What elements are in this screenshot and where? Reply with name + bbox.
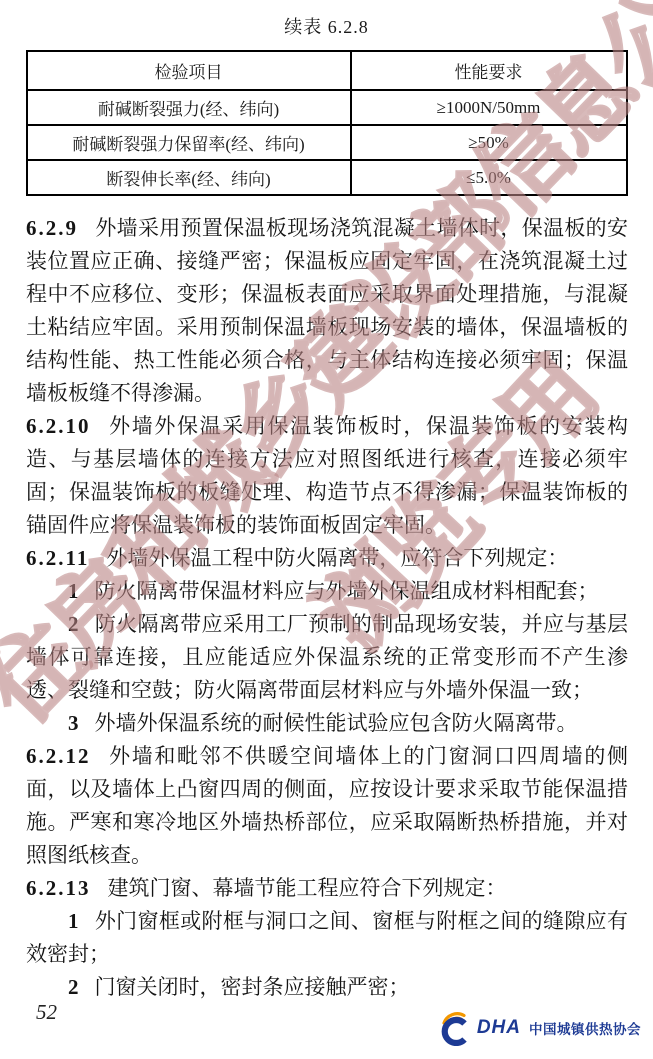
item-text: 门窗关闭时，密封条应接触严密；	[95, 975, 410, 999]
clause-6-2-13-item-2: 2门窗关闭时，密封条应接触严密；	[26, 971, 628, 1004]
table-header-row: 检验项目 性能要求	[27, 51, 627, 90]
item-text: 防火隔离带应采用工厂预制的制品现场安装，并应与基层墙体可靠连接，且应能适应外保温…	[26, 612, 628, 702]
clause-text: 外墙采用预置保温板现场浇筑混凝土墙体时，保温板的安装位置应正确、接缝严密；保温板…	[26, 216, 628, 405]
clause-number: 6.2.9	[26, 216, 78, 240]
clause-6-2-11-item-2: 2防火隔离带应采用工厂预制的制品现场安装，并应与基层墙体可靠连接，且应能适应外保…	[26, 608, 628, 707]
clause-body: 6.2.9外墙采用预置保温板现场浇筑混凝土墙体时，保温板的安装位置应正确、接缝严…	[26, 212, 628, 1004]
cell-item: 断裂伸长率(经、纬向)	[27, 160, 351, 195]
clause-6-2-12: 6.2.12外墙和毗邻不供暖空间墙体上的门窗洞口四周墙的侧面，以及墙体上凸窗四周…	[26, 740, 628, 872]
item-text: 防火隔离带保温材料应与外墙外保温组成材料相配套；	[95, 579, 599, 603]
clause-6-2-13-item-1: 1外门窗框或附框与洞口之间、窗框与附框之间的缝隙应有效密封；	[26, 905, 628, 971]
item-number: 1	[68, 909, 79, 933]
cell-req: ≤5.0%	[351, 160, 627, 195]
item-text: 外门窗框或附框与洞口之间、窗框与附框之间的缝隙应有效密封；	[26, 909, 628, 966]
item-number: 1	[68, 579, 79, 603]
cell-item: 耐碱断裂强力保留率(经、纬向)	[27, 125, 351, 160]
cell-item: 耐碱断裂强力(经、纬向)	[27, 90, 351, 125]
item-number: 3	[68, 711, 79, 735]
cdha-logo-icon	[436, 1010, 472, 1046]
item-text: 外墙外保温系统的耐候性能试验应包含防火隔离带。	[95, 711, 578, 735]
clause-text: 外墙外保温工程中防火隔离带，应符合下列规定：	[106, 546, 568, 570]
header-performance-req: 性能要求	[351, 51, 627, 90]
clause-6-2-11-item-1: 1防火隔离带保温材料应与外墙外保温组成材料相配套；	[26, 575, 628, 608]
logo-org-name: 中国城镇供热协会	[529, 1018, 641, 1038]
table-title: 续表 6.2.8	[0, 15, 653, 39]
header-inspection-item: 检验项目	[27, 51, 351, 90]
page-number: 52	[36, 1000, 57, 1025]
clause-text: 外墙外保温采用保温装饰板时，保温装饰板的安装构造、与基层墙体的连接方法应对照图纸…	[26, 414, 628, 537]
table-row: 耐碱断裂强力(经、纬向) ≥1000N/50mm	[27, 90, 627, 125]
performance-table: 检验项目 性能要求 耐碱断裂强力(经、纬向) ≥1000N/50mm 耐碱断裂强…	[26, 50, 628, 196]
document-page: 续表 6.2.8 检验项目 性能要求 耐碱断裂强力(经、纬向) ≥1000N/5…	[0, 0, 653, 1059]
clause-6-2-11: 6.2.11外墙外保温工程中防火隔离带，应符合下列规定：	[26, 542, 628, 575]
clause-number: 6.2.12	[26, 744, 91, 768]
cell-req: ≥1000N/50mm	[351, 90, 627, 125]
clause-text: 建筑门窗、幕墙节能工程应符合下列规定：	[108, 876, 507, 900]
cell-req: ≥50%	[351, 125, 627, 160]
clause-number: 6.2.10	[26, 414, 91, 438]
association-logo: DHA 中国城镇供热协会	[436, 1010, 641, 1046]
clause-text: 外墙和毗邻不供暖空间墙体上的门窗洞口四周墙的侧面，以及墙体上凸窗四周的侧面，应按…	[26, 744, 628, 867]
item-number: 2	[68, 975, 79, 999]
clause-6-2-11-item-3: 3外墙外保温系统的耐候性能试验应包含防火隔离带。	[26, 707, 628, 740]
clause-number: 6.2.11	[26, 546, 89, 570]
logo-abbr-text: DHA	[477, 1017, 521, 1039]
clause-6-2-10: 6.2.10外墙外保温采用保温装饰板时，保温装饰板的安装构造、与基层墙体的连接方…	[26, 410, 628, 542]
clause-6-2-13: 6.2.13建筑门窗、幕墙节能工程应符合下列规定：	[26, 872, 628, 905]
item-number: 2	[68, 612, 79, 636]
clause-6-2-9: 6.2.9外墙采用预置保温板现场浇筑混凝土墙体时，保温板的安装位置应正确、接缝严…	[26, 212, 628, 410]
table-row: 断裂伸长率(经、纬向) ≤5.0%	[27, 160, 627, 195]
clause-number: 6.2.13	[26, 876, 91, 900]
table-row: 耐碱断裂强力保留率(经、纬向) ≥50%	[27, 125, 627, 160]
